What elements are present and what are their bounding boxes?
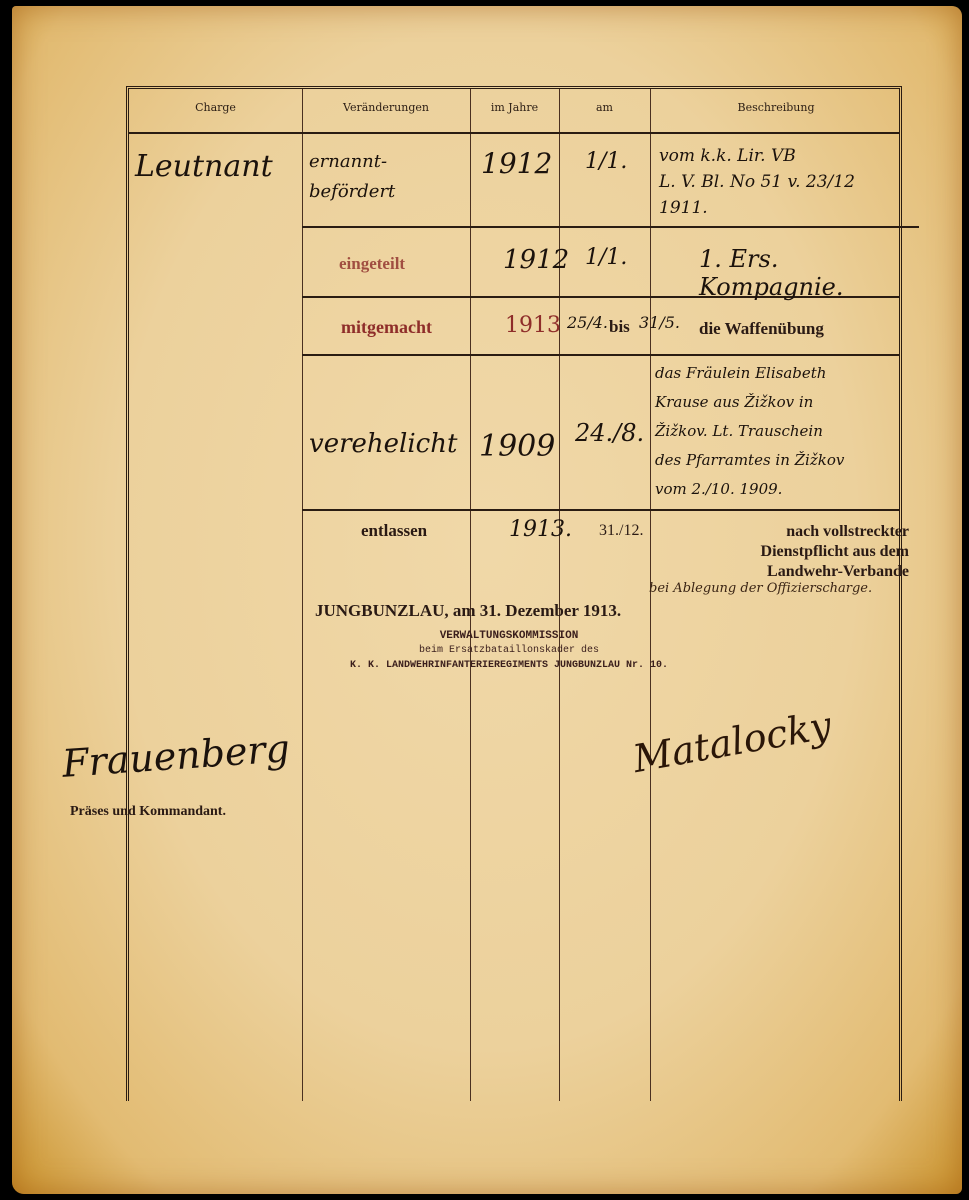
change-value: mitgemacht (341, 317, 432, 338)
year-value: 1913. (509, 517, 572, 542)
header-charge: Charge (129, 101, 302, 114)
description-value: 1. Ers. Kompagnie. (699, 245, 899, 301)
date-value: 31./12. (599, 522, 643, 540)
header-year: im Jahre (470, 101, 559, 114)
date-value: 1/1. (585, 245, 627, 270)
year-value: 1913 (505, 313, 561, 338)
year-value: 1912 (503, 245, 569, 275)
description-cell: vom k.k. Lir. VB L. V. Bl. No 51 v. 23/1… (659, 143, 909, 221)
year-value: 1909 (479, 429, 555, 464)
change-value: entlassen (361, 521, 427, 541)
charge-value: Leutnant (135, 149, 273, 184)
header-date: am (559, 101, 650, 114)
description-cell: das Fräulein Elisabeth Krause aus Žižkov… (655, 359, 915, 504)
description-value: die Waffenübung (699, 319, 824, 339)
header-description: Beschreibung (650, 101, 902, 114)
date-to-value: 31/5. (639, 313, 680, 332)
left-signature-title: Präses und Kommandant. (70, 804, 226, 820)
row-divider (302, 354, 899, 356)
change-value: ernannt- befördert (309, 147, 469, 207)
table-header: Charge Veränderungen im Jahre am Beschre… (129, 89, 899, 134)
date-value: 24./8. (575, 419, 635, 447)
column-divider (559, 89, 560, 1101)
row-divider (302, 226, 919, 228)
date-separator: bis (609, 317, 630, 337)
document-page: Charge Veränderungen im Jahre am Beschre… (12, 6, 962, 1194)
commission-stamp: VERWALTUNGSKOMMISSION beim Ersatzbataill… (279, 629, 739, 673)
year-value: 1912 (481, 147, 552, 180)
date-from-value: 25/4. (567, 313, 608, 332)
date-value: 1/1. (585, 149, 627, 174)
header-changes: Veränderungen (302, 101, 470, 114)
place-date-stamp: JUNGBUNZLAU, am 31. Dezember 1913. (315, 601, 621, 621)
description-note: bei Ablegung der Offizierscharge. (649, 581, 872, 596)
column-divider (302, 89, 303, 1101)
description-cell: nach vollstreckter Dienstpflicht aus dem… (689, 522, 909, 582)
change-value: eingeteilt (339, 254, 405, 274)
change-value: verehelicht (309, 429, 457, 459)
record-table: Charge Veränderungen im Jahre am Beschre… (126, 86, 902, 1101)
row-divider (302, 509, 899, 511)
column-divider (470, 89, 471, 1101)
